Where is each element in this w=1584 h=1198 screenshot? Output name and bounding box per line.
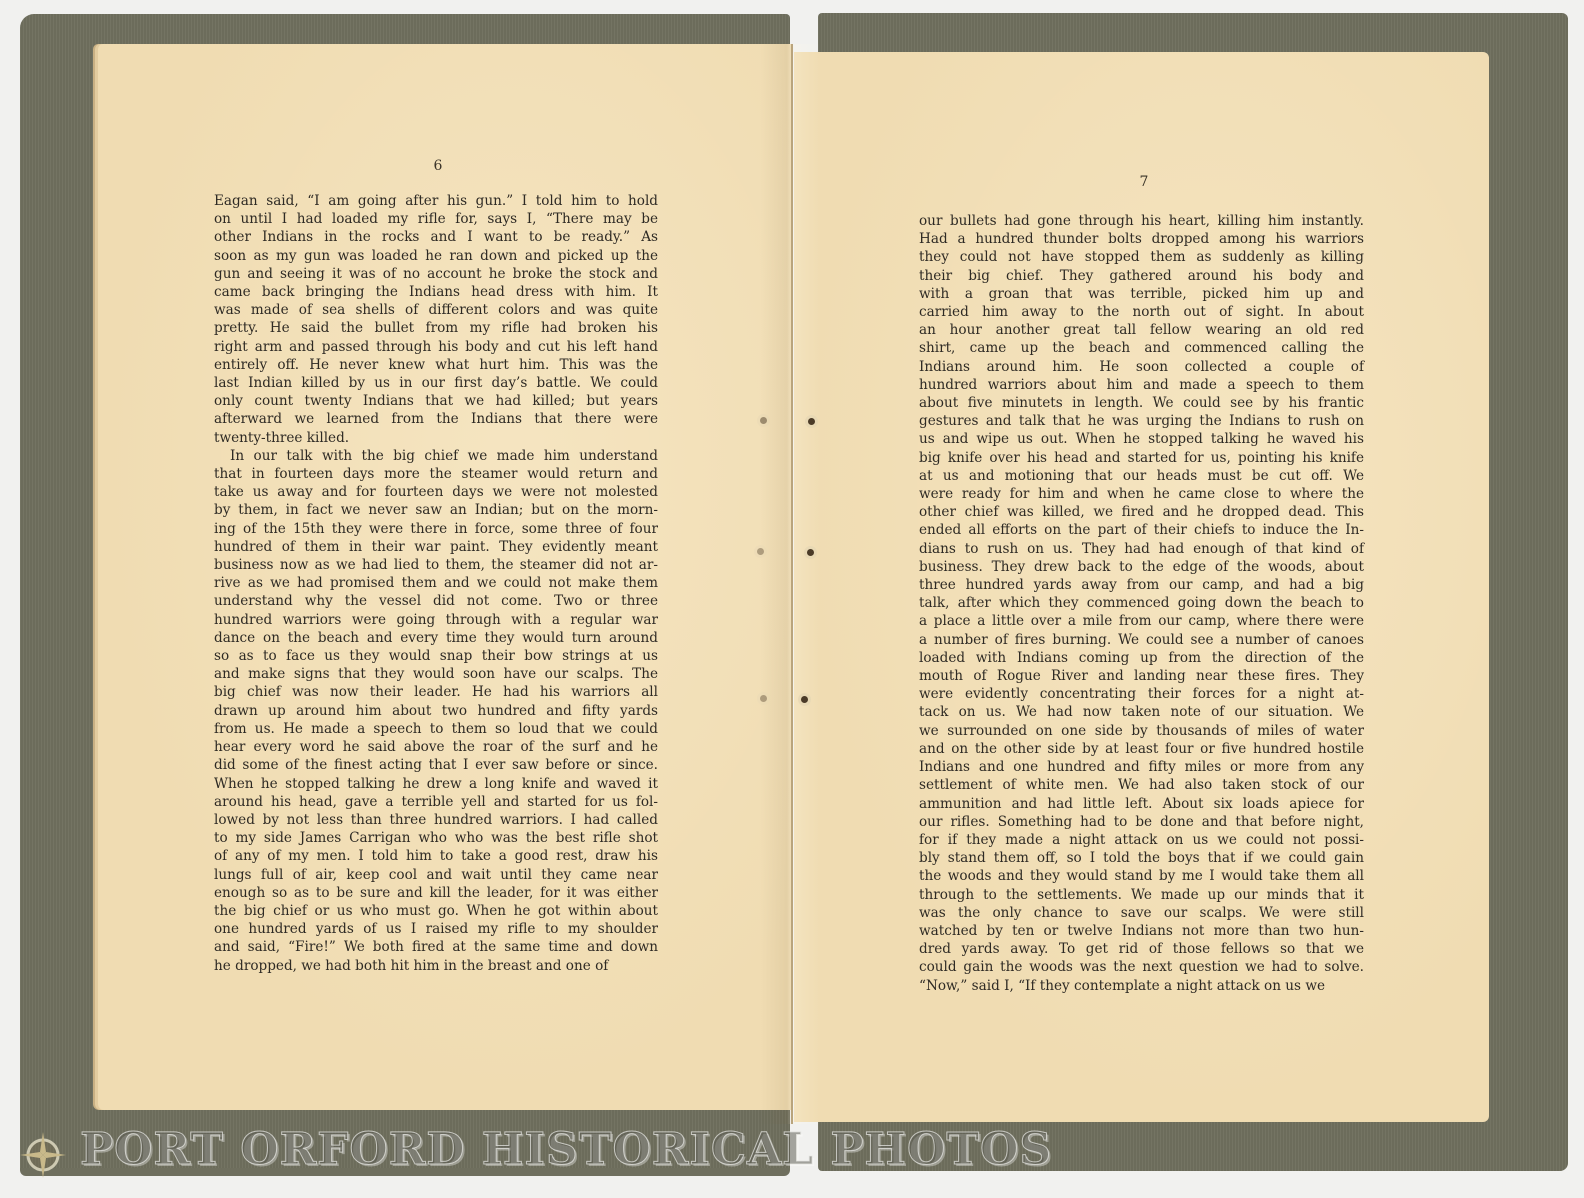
gutter-shadow [760,44,820,1124]
text-line: other chief was killed, we fired and he … [919,503,1364,521]
text-line: gun and seeing it was of no account he b… [214,265,658,283]
text-line: and make signs that they would soon have… [214,665,658,683]
text-line: “Now,” said I, “If they contemplate a ni… [919,977,1364,995]
text-line: ing of the 15th they were there in force… [214,520,658,538]
text-line: When he stopped talking he drew a long k… [214,775,658,793]
text-line: hundred warriors were going through with… [214,611,658,629]
text-line: was the only chance to save our scalps. … [919,904,1364,922]
text-line: ended all efforts on the part of their c… [919,521,1364,539]
page-number-right: 7 [1124,174,1164,190]
text-line: were evidently concentrating their force… [919,685,1364,703]
text-line: Had a hundred thunder bolts dropped amon… [919,230,1364,248]
text-line: an hour another great tall fellow wearin… [919,321,1364,339]
text-line: tack on us. We had now taken note of our… [919,703,1364,721]
text-line: that in fourteen days more the steamer w… [214,465,658,483]
text-line: rive as we had promised them and we coul… [214,574,658,592]
text-line: take us away and for fourteen days we we… [214,483,658,501]
left-page-text: Eagan said, “I am going after his gun.” … [214,192,658,975]
text-line: of any of my men. I told him to take a g… [214,847,658,865]
text-line: did some of the finest acting that I eve… [214,756,658,774]
text-line: bly stand them off, so I told the boys t… [919,849,1364,867]
watermark-text: PORT ORFORD HISTORICAL PHOTOS [80,1124,1052,1175]
text-line: our rifles. Something had to be done and… [919,813,1364,831]
compass-rose-icon [18,1130,68,1180]
text-line: we surrounded on one side by thousands o… [919,722,1364,740]
text-line: other Indians in the rocks and I want to… [214,228,658,246]
text-line: dance on the beach and every time they w… [214,629,658,647]
text-line: lowed by not less than three hundred war… [214,811,658,829]
text-line: so as to face us they would snap their b… [214,647,658,665]
staple-hole [760,695,767,702]
text-line: hundred of them in their war paint. They… [214,538,658,556]
text-line: settlement of white men. We had also tak… [919,776,1364,794]
text-line: the big chief or us who must go. When he… [214,902,658,920]
text-line: about five minutets in length. We could … [919,394,1364,412]
text-line: In our talk with the big chief we made h… [214,447,658,465]
staple-hole [757,548,764,555]
text-line: hear every word he said above the roar o… [214,738,658,756]
text-line: and on the other side by at least four o… [919,740,1364,758]
text-line: twenty-three killed. [214,429,658,447]
text-line: could gain the woods was the next questi… [919,958,1364,976]
text-line: were ready for him and when he came clos… [919,485,1364,503]
text-line: big knife over his head and started for … [919,449,1364,467]
text-line: Indians around him. He soon collected a … [919,358,1364,376]
right-page-text: our bullets had gone through his heart, … [919,212,1364,995]
text-line: ammunition and had little left. About si… [919,795,1364,813]
text-line: loaded with Indians coming up from the d… [919,649,1364,667]
text-line: last Indian killed by us in our first da… [214,374,658,392]
text-line: big chief was now their leader. He had h… [214,683,658,701]
text-line: drawn up around him about two hundred an… [214,702,658,720]
text-line: hundred warriors about him and made a sp… [919,376,1364,394]
text-line: understand why the vessel did not come. … [214,592,658,610]
text-line: gestures and talk that he was urging the… [919,412,1364,430]
text-line: enough so as to be sure and kill the lea… [214,884,658,902]
text-line: shirt, came up the beach and commenced c… [919,339,1364,357]
text-line: around his head, gave a terrible yell an… [214,793,658,811]
text-line: was made of sea shells of different colo… [214,301,658,319]
text-line: they could not have stopped them as sudd… [919,248,1364,266]
text-line: Eagan said, “I am going after his gun.” … [214,192,658,210]
text-line: for if they made a night attack on us we… [919,831,1364,849]
text-line: and said, “Fire!” We both fired at the s… [214,938,658,956]
text-line: one hundred yards of us I raised my rifl… [214,920,658,938]
text-line: Indians and one hundred and fifty miles … [919,758,1364,776]
text-line: on until I had loaded my rifle for, says… [214,210,658,228]
text-line: our bullets had gone through his heart, … [919,212,1364,230]
text-line: a place a little over a mile from our ca… [919,612,1364,630]
text-line: to my side James Carrigan who who was th… [214,829,658,847]
text-line: from us. He made a speech to them so lou… [214,720,658,738]
text-line: business now as we had lied to them, the… [214,556,658,574]
text-line: right arm and passed through his body an… [214,338,658,356]
text-line: entirely off. He never knew what hurt hi… [214,356,658,374]
page-number-left: 6 [418,158,458,174]
text-line: afterward we learned from the Indians th… [214,410,658,428]
text-line: their big chief. They gathered around hi… [919,267,1364,285]
staple-hole [807,549,814,556]
page-gutter [791,44,793,1124]
text-line: three hundred yards away from our camp, … [919,576,1364,594]
text-line: with a groan that was terrible, picked h… [919,285,1364,303]
text-line: only count twenty Indians that we had ki… [214,392,658,410]
text-line: lungs full of air, keep cool and wait un… [214,866,658,884]
text-line: carried him away to the north out of sig… [919,303,1364,321]
text-line: talk, after which they commenced going d… [919,594,1364,612]
text-line: pretty. He said the bullet from my rifle… [214,319,658,337]
text-line: dred yards away. To get rid of those fel… [919,940,1364,958]
text-line: through to the settlements. We made up o… [919,886,1364,904]
text-line: dians to rush on us. They had had enough… [919,540,1364,558]
staple-hole [760,417,767,424]
text-line: business. They drew back to the edge of … [919,558,1364,576]
text-line: he dropped, we had both hit him in the b… [214,957,658,975]
text-line: us and wipe us out. When he stopped talk… [919,430,1364,448]
text-line: mouth of Rogue River and landing near th… [919,667,1364,685]
text-line: by them, in fact we never saw an Indian;… [214,501,658,519]
text-line: the woods and they would stand by me I w… [919,867,1364,885]
text-line: came back bringing the Indians head dres… [214,283,658,301]
staple-hole [808,418,815,425]
text-line: at us and motioning that our heads must … [919,467,1364,485]
text-line: soon as my gun was loaded he ran down an… [214,247,658,265]
staple-hole [801,696,808,703]
text-line: a number of fires burning. We could see … [919,631,1364,649]
text-line: watched by ten or twelve Indians not mor… [919,922,1364,940]
